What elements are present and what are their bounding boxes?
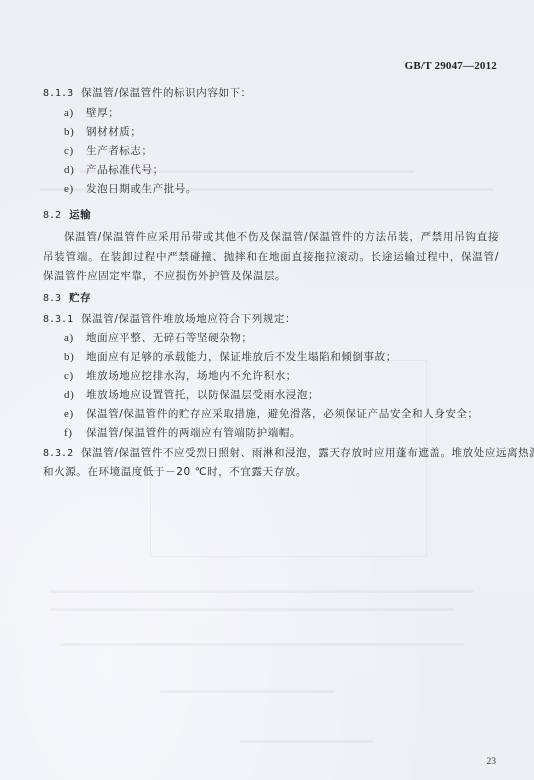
- list-text: 堆放场地应挖排水沟，场地内不允许积水；: [86, 370, 297, 382]
- list-label: e): [64, 182, 86, 196]
- document-page: GB/T 29047—2012 8.1.3保温管/保温管件的标识内容如下： a)…: [0, 0, 534, 780]
- show-through-artifact: [60, 643, 464, 646]
- section-title: 贮存: [69, 292, 91, 304]
- section-number: 8.3: [43, 293, 61, 304]
- list-item: d)堆放场地应设置管托，以防保温层受雨水浸泡；: [64, 388, 319, 402]
- list-item: e)保温管/保温管件的贮存应采取措施，避免滑落，必须保证产品安全和人身安全；: [64, 407, 479, 421]
- show-through-artifact: [50, 608, 454, 611]
- list-label: a): [64, 106, 86, 120]
- list-text: 产品标准代号；: [86, 164, 164, 176]
- section-8-2-heading: 8.2运输: [43, 208, 91, 223]
- list-text: 保温管/保温管件的两端应有管端防护端帽。: [86, 427, 301, 439]
- list-text: 壁厚；: [86, 107, 119, 119]
- clause-8-3-2-line-1: 8.3.2保温管/保温管件不应受烈日照射、雨淋和浸泡，露天存放时应用蓬布遮盖。堆…: [43, 446, 534, 461]
- section-number: 8.2: [43, 210, 61, 221]
- show-through-artifact: [50, 590, 474, 593]
- clause-title: 保温管/保温管件堆放场地应符合下列规定：: [81, 313, 296, 325]
- clause-title: 保温管/保温管件的标识内容如下：: [81, 87, 252, 99]
- list-text: 地面应有足够的承载能力，保证堆放后不发生塌陷和倾倒事故；: [86, 351, 397, 363]
- list-item: b)钢材材质；: [64, 125, 142, 139]
- list-text: 生产者标志；: [86, 145, 153, 157]
- list-label: d): [64, 163, 86, 177]
- list-label: a): [64, 331, 86, 345]
- list-label: d): [64, 388, 86, 402]
- list-item: a)壁厚；: [64, 106, 119, 120]
- list-label: f): [64, 426, 86, 440]
- list-item: c)生产者标志；: [64, 144, 153, 158]
- list-item: c)堆放场地应挖排水沟，场地内不允许积水；: [64, 369, 297, 383]
- list-item: e)发泡日期或生产批号。: [64, 182, 197, 196]
- clause-text: 保温管/保温管件不应受烈日照射、雨淋和浸泡，露天存放时应用蓬布遮盖。堆放处应远离…: [81, 447, 534, 459]
- list-label: c): [64, 369, 86, 383]
- list-item: a)地面应平整、无碎石等坚硬杂物；: [64, 331, 253, 345]
- show-through-artifact: [160, 690, 334, 693]
- clause-number: 8.1.3: [43, 88, 73, 99]
- section-8-2-paragraph: 保温管/保温管件应采用吊带或其他不伤及保温管/保温管件的方法吊装，严禁用吊钩直接…: [43, 228, 499, 287]
- clause-8-3-1-heading: 8.3.1保温管/保温管件堆放场地应符合下列规定：: [43, 312, 296, 327]
- list-item: f)保温管/保温管件的两端应有管端防护端帽。: [64, 426, 301, 440]
- clause-8-3-2-line-2: 和火源。在环境温度低于－20 ℃时，不宜露天存放。: [43, 465, 307, 479]
- clause-8-1-3-heading: 8.1.3保温管/保温管件的标识内容如下：: [43, 86, 252, 101]
- list-text: 地面应平整、无碎石等坚硬杂物；: [86, 332, 253, 344]
- section-8-3-heading: 8.3贮存: [43, 291, 91, 306]
- list-item: b)地面应有足够的承载能力，保证堆放后不发生塌陷和倾倒事故；: [64, 350, 397, 364]
- list-label: c): [64, 144, 86, 158]
- page-number: 23: [487, 757, 497, 767]
- list-text: 发泡日期或生产批号。: [86, 183, 197, 195]
- list-label: e): [64, 407, 86, 421]
- list-text: 保温管/保温管件的贮存应采取措施，避免滑落，必须保证产品安全和人身安全；: [86, 408, 479, 420]
- section-title: 运输: [69, 209, 91, 221]
- list-text: 钢材材质；: [86, 126, 142, 138]
- clause-number: 8.3.1: [43, 314, 73, 325]
- list-item: d)产品标准代号；: [64, 163, 164, 177]
- standard-code: GB/T 29047—2012: [405, 60, 497, 72]
- clause-number: 8.3.2: [43, 448, 73, 459]
- list-label: b): [64, 125, 86, 139]
- list-label: b): [64, 350, 86, 364]
- show-through-artifact: [240, 740, 374, 743]
- list-text: 堆放场地应设置管托，以防保温层受雨水浸泡；: [86, 389, 319, 401]
